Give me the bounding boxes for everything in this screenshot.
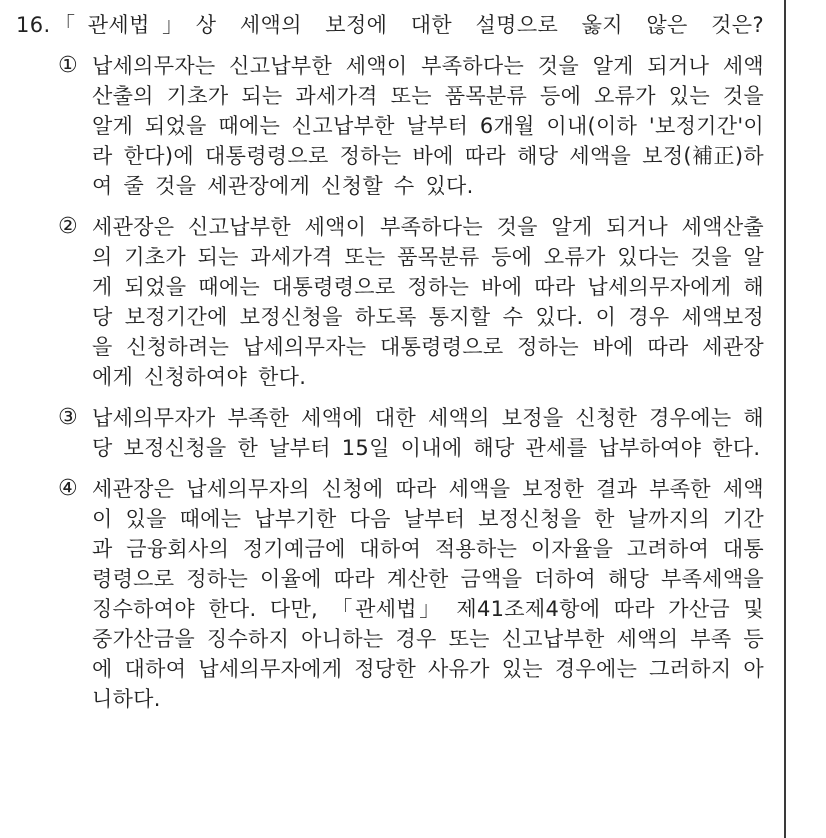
option-2-text: 세관장은 신고납부한 세액이 부족하다는 것을 알게 되거나 세액산출의 기초가…	[92, 212, 764, 392]
option-1-text: 납세의무자는 신고납부한 세액이 부족하다는 것을 알게 되거나 세액산출의 기…	[92, 51, 764, 201]
option-4: ④ 세관장은 납세의무자의 신청에 따라 세액을 보정한 결과 부족한 세액이 …	[58, 474, 764, 714]
option-4-text: 세관장은 납세의무자의 신청에 따라 세액을 보정한 결과 부족한 세액이 있을…	[92, 474, 764, 714]
option-3-marker: ③	[58, 403, 92, 463]
question-number: 16.	[16, 10, 54, 40]
option-3: ③ 납세의무자가 부족한 세액에 대한 세액의 보정을 신청한 경우에는 해당 …	[58, 403, 764, 463]
question-block: 16. 「관세법」상 세액의 보정에 대한 설명으로 옳지 않은 것은? ① 납…	[16, 10, 764, 714]
exam-page: 16. 「관세법」상 세액의 보정에 대한 설명으로 옳지 않은 것은? ① 납…	[0, 0, 826, 838]
column-divider-line	[784, 0, 786, 838]
option-2: ② 세관장은 신고납부한 세액이 부족하다는 것을 알게 되거나 세액산출의 기…	[58, 212, 764, 392]
option-1-marker: ①	[58, 51, 92, 201]
option-2-marker: ②	[58, 212, 92, 392]
option-3-text: 납세의무자가 부족한 세액에 대한 세액의 보정을 신청한 경우에는 해당 보정…	[92, 403, 764, 463]
option-1: ① 납세의무자는 신고납부한 세액이 부족하다는 것을 알게 되거나 세액산출의…	[58, 51, 764, 201]
question-header: 16. 「관세법」상 세액의 보정에 대한 설명으로 옳지 않은 것은?	[16, 10, 764, 40]
option-4-marker: ④	[58, 474, 92, 714]
question-title: 「관세법」상 세액의 보정에 대한 설명으로 옳지 않은 것은?	[54, 10, 764, 40]
